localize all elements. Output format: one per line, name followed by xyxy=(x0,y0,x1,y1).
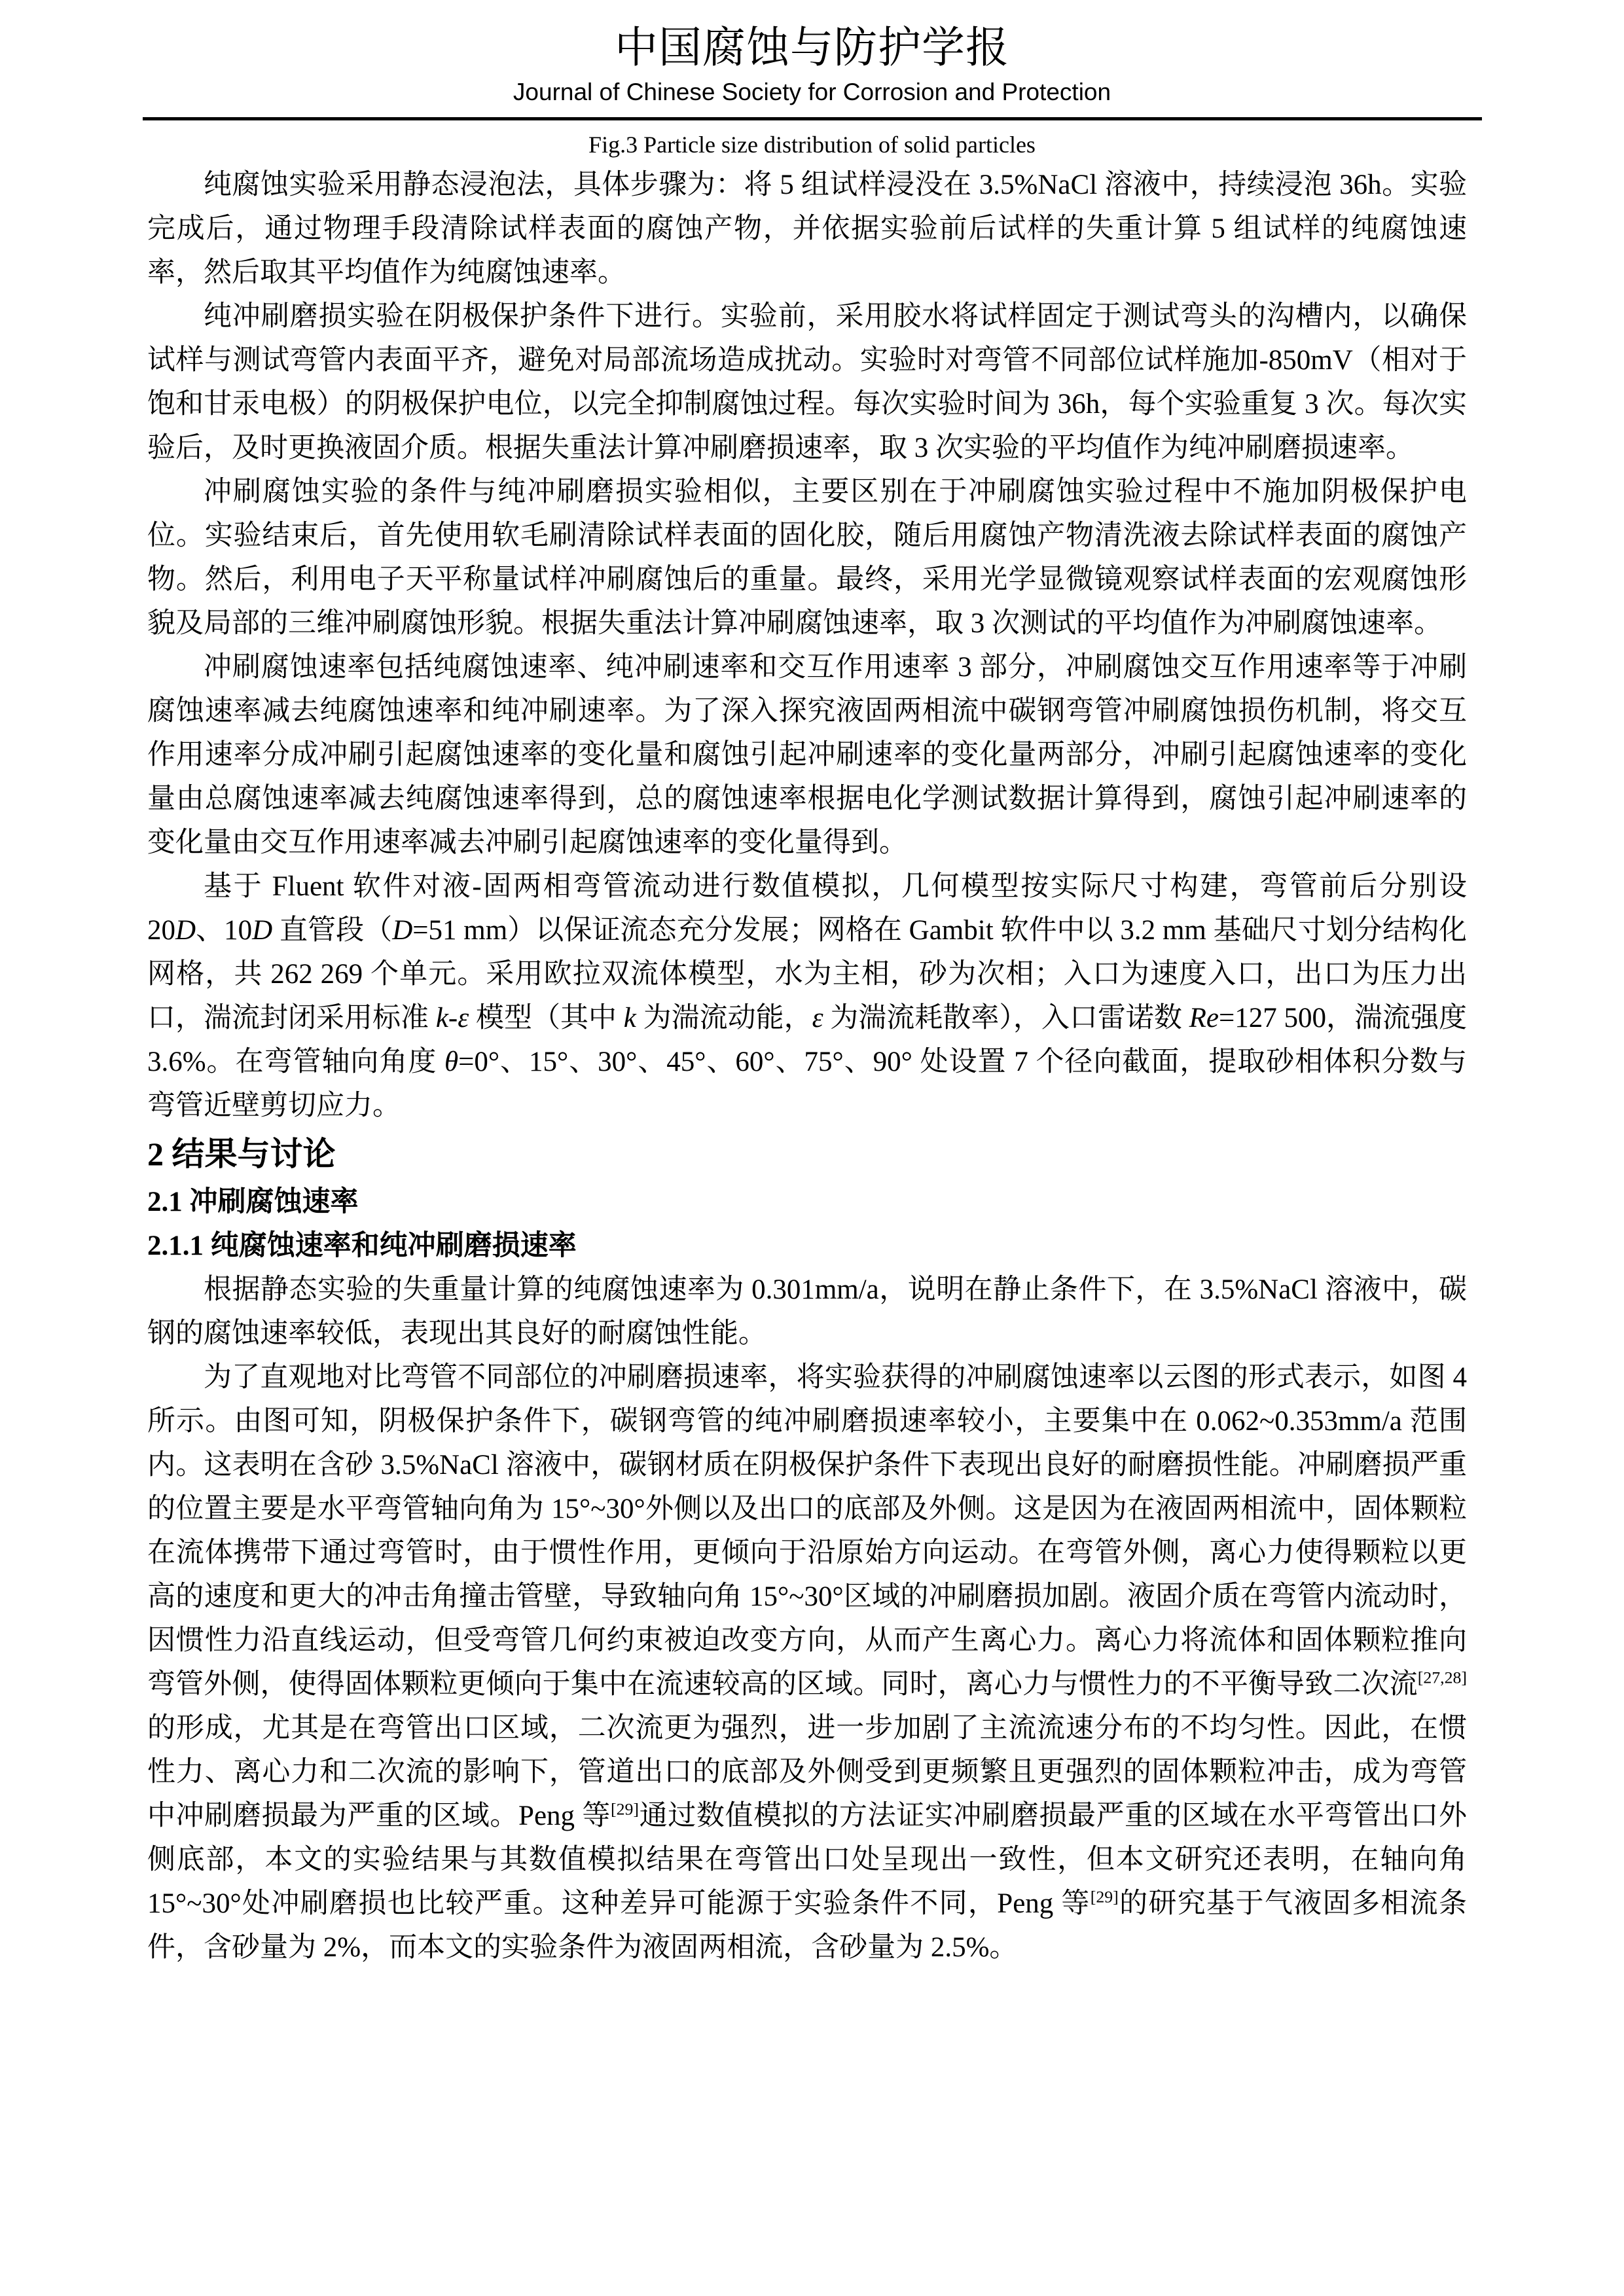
paragraph-erosion-distribution-discussion: 为了直观地对比弯管不同部位的冲刷磨损速率，将实验获得的冲刷腐蚀速率以云图的形式表… xyxy=(147,1355,1467,1969)
italic-variable: θ xyxy=(444,1047,458,1077)
reference-superscript: [29] xyxy=(611,1800,639,1819)
journal-header: 中国腐蚀与防护学报 Journal of Chinese Society for… xyxy=(0,0,1624,120)
journal-title-english: Journal of Chinese Society for Corrosion… xyxy=(0,78,1624,107)
reference-superscript: [29] xyxy=(1091,1888,1119,1907)
paragraph-pure-erosion-test: 纯冲刷磨损实验在阴极保护条件下进行。实验前，采用胶水将试样固定于测试弯头的沟槽内… xyxy=(147,295,1467,470)
italic-variable: k xyxy=(436,1003,448,1033)
article-body: 纯腐蚀实验采用静态浸泡法，具体步骤为：将 5 组试样浸没在 3.5%NaCl 溶… xyxy=(147,163,1467,1969)
italic-variable: k xyxy=(624,1003,636,1033)
paragraph-rate-components: 冲刷腐蚀速率包括纯腐蚀速率、纯冲刷速率和交互作用速率 3 部分，冲刷腐蚀交互作用… xyxy=(147,645,1467,865)
figure-caption: Fig.3 Particle size distribution of soli… xyxy=(0,131,1624,159)
italic-variable: D xyxy=(392,915,412,946)
italic-variable: D xyxy=(175,915,196,946)
header-divider-rule xyxy=(143,117,1482,120)
reference-superscript: [27,28] xyxy=(1418,1668,1467,1687)
subsubsection-heading-pure-rates: 2.1.1 纯腐蚀速率和纯冲刷磨损速率 xyxy=(147,1224,1467,1268)
paragraph-erosion-corrosion-test: 冲刷腐蚀实验的条件与纯冲刷磨损实验相似，主要区别在于冲刷腐蚀实验过程中不施加阴极… xyxy=(147,470,1467,645)
document-page: 中国腐蚀与防护学报 Journal of Chinese Society for… xyxy=(0,0,1624,2296)
section-heading-results-discussion: 2 结果与讨论 xyxy=(147,1128,1467,1180)
paragraph-pure-corrosion-test: 纯腐蚀实验采用静态浸泡法，具体步骤为：将 5 组试样浸没在 3.5%NaCl 溶… xyxy=(147,163,1467,295)
paragraph-static-corrosion-result: 根据静态实验的失重量计算的纯腐蚀速率为 0.301mm/a，说明在静止条件下，在… xyxy=(147,1268,1467,1355)
italic-variable: D xyxy=(252,915,272,946)
italic-variable: Re xyxy=(1189,1003,1219,1033)
italic-variable: ε xyxy=(458,1003,469,1033)
subsection-heading-erosion-corrosion-rate: 2.1 冲刷腐蚀速率 xyxy=(147,1180,1467,1224)
paragraph-cfd-simulation: 基于 Fluent 软件对液-固两相弯管流动进行数值模拟，几何模型按实际尺寸构建… xyxy=(147,865,1467,1128)
journal-title-chinese: 中国腐蚀与防护学报 xyxy=(0,25,1624,71)
italic-variable: ε xyxy=(812,1003,823,1033)
